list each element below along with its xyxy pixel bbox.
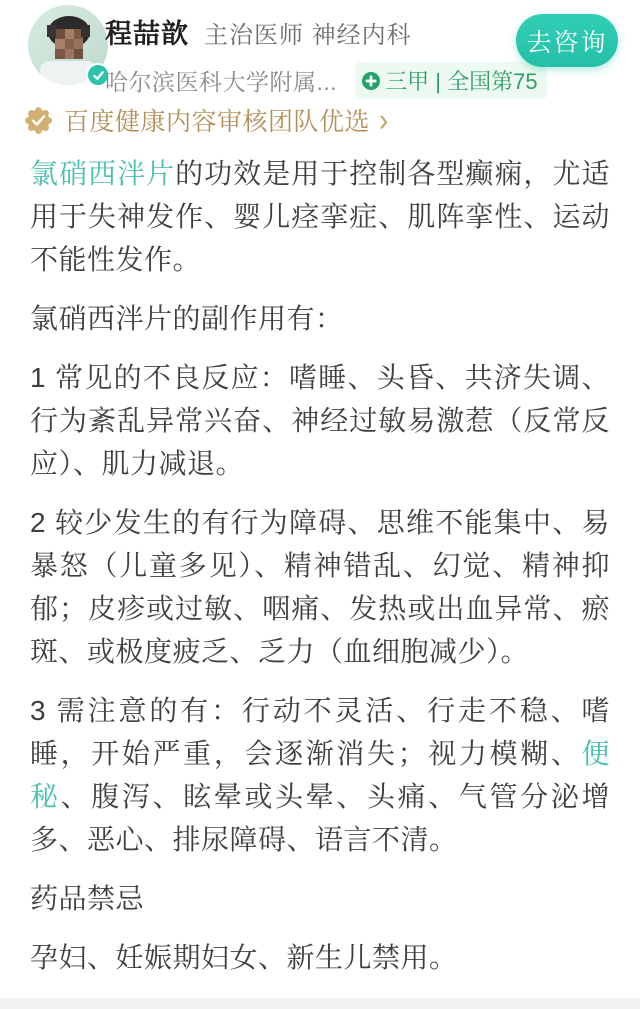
article-content: 氯硝西泮片的功效是用于控制各型癫痫，尤适用于失神发作、婴儿痉挛症、肌阵挛性、运动…	[0, 152, 640, 979]
hospital-rank-badge: 三甲 | 全国第75	[355, 62, 546, 99]
paragraph-cautions: 3 需注意的有：行动不灵活、行走不稳、嗜睡，开始严重，会逐渐消失；视力模糊、便秘…	[30, 689, 610, 861]
doctor-info: 程喆歆 主治医师 神经内科 哈尔滨医科大学附属... 三甲 | 全国第75	[105, 12, 547, 99]
cautions-text-after: 、腹泻、眩晕或头晕、头痛、气管分泌增多、恶心、排尿障碍、语言不清。	[30, 781, 610, 855]
review-banner[interactable]: 百度健康内容审核团队优选 ›	[24, 104, 610, 136]
paragraph-contraindication: 孕妇、妊娠期妇女、新生儿禁用。	[30, 936, 610, 979]
review-banner-text: 百度健康内容审核团队优选	[64, 102, 370, 138]
hospital-name: 哈尔滨医科大学附属...	[105, 64, 337, 97]
doctor-name: 程喆歆	[105, 12, 189, 51]
paragraph-efficacy: 氯硝西泮片的功效是用于控制各型癫痫，尤适用于失神发作、婴儿痉挛症、肌阵挛性、运动…	[30, 152, 610, 281]
health-article-card: 程喆歆 主治医师 神经内科 哈尔滨医科大学附属... 三甲 | 全国第75 去咨…	[0, 0, 640, 1009]
drug-name-link[interactable]: 氯硝西泮片	[30, 158, 175, 189]
doctor-title: 主治医师 神经内科	[204, 15, 412, 50]
paragraph-rare-reactions: 2 较少发生的有行为障碍、思维不能集中、易暴怒（儿童多见）、精神错乱、幻觉、精神…	[30, 501, 610, 673]
hospital-grade-icon	[361, 71, 381, 91]
chevron-right-icon: ›	[379, 104, 388, 136]
doctor-avatar[interactable]	[28, 5, 108, 85]
cautions-text-before: 3 需注意的有：行动不灵活、行走不稳、嗜睡，开始严重，会逐渐消失；视力模糊、	[30, 695, 610, 769]
bottom-divider	[0, 998, 640, 1009]
gold-medal-icon	[24, 106, 53, 135]
consult-button[interactable]: 去咨询	[516, 14, 618, 67]
paragraph-contraindication-heading: 药品禁忌	[30, 877, 610, 920]
doctor-profile-header: 程喆歆 主治医师 神经内科 哈尔滨医科大学附属... 三甲 | 全国第75 去咨…	[0, 0, 640, 92]
hospital-rank-text: 三甲 | 全国第75	[385, 65, 537, 96]
paragraph-common-reactions: 1 常见的不良反应：嗜睡、头昏、共济失调、行为紊乱异常兴奋、神经过敏易激惹（反常…	[30, 356, 610, 485]
paragraph-side-effects-heading: 氯硝西泮片的副作用有：	[30, 297, 610, 340]
